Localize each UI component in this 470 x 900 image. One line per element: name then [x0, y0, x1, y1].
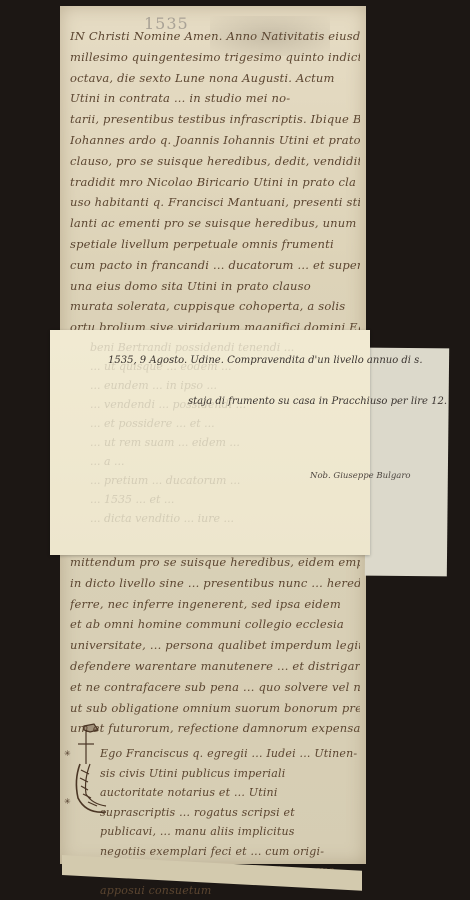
- text-line: spetiale livellum perpetuale omnis frume…: [70, 234, 360, 255]
- text-line: Ego Franciscus q. egregii ... Iudei ... …: [100, 744, 360, 764]
- text-line: uso habitanti q. Francisci Mantuani, pre…: [70, 192, 360, 213]
- text-line: um et futurorum, refectione damnorum exp…: [70, 718, 360, 739]
- text-line: ut sub obligatione omnium suorum bonorum…: [70, 698, 360, 719]
- note-summary-line-2: staja di frumento su casa in Pracchiuso …: [188, 396, 447, 407]
- text-line: et ne contrafacere sub pena ... quo solv…: [70, 677, 360, 698]
- note-summary-line-1: 1535, 9 Agosto. Udine. Compravendita d'u…: [108, 355, 423, 366]
- ghost-line: ... et possidere ... et ...: [90, 414, 370, 433]
- text-line: tradidit mro Nicolao Biricario Utini in …: [70, 172, 360, 193]
- text-line: ferre, nec inferre ingenerent, sed ipsa …: [70, 594, 360, 615]
- text-line: cum pacto in francandi ... ducatorum ...…: [70, 255, 360, 276]
- text-line: universitate, ... persona qualibet imper…: [70, 635, 360, 656]
- text-line: sis civis Utini publicus imperiali: [100, 764, 360, 784]
- text-line: Iohannes ardo q. Joannis Iohannis Utini …: [70, 130, 360, 151]
- paper-note-extension: [365, 348, 449, 577]
- ghost-line: ... dicta venditio ... iure ...: [90, 509, 370, 528]
- note-signature: Nob. Giuseppe Bulgaro: [310, 471, 411, 481]
- ghost-line: ... eundem ... in ipso ...: [90, 376, 370, 395]
- ghost-line: ... a ...: [90, 452, 370, 471]
- text-line: lanti ac ementi pro se suisque heredibus…: [70, 213, 360, 234]
- text-line: suprascriptis ... rogatus scripsi et: [100, 803, 360, 823]
- text-line: publicavi, ... manu aliis implicitus: [100, 822, 360, 842]
- text-line: mittendum pro se suisque heredibus, eide…: [70, 552, 360, 573]
- text-line: in dicto livello sine ... presentibus nu…: [70, 573, 360, 594]
- text-line: una eius domo sita Utini in prato clauso: [70, 276, 360, 297]
- text-line: octava, die sexto Lune nona Augusti. Act…: [70, 68, 360, 89]
- text-line: auctoritate notarius et ... Utini: [100, 783, 360, 803]
- text-line: IN Christi Nomine Amen. Anno Nativitatis…: [70, 26, 360, 47]
- text-line: et ab omni homine communi collegio eccle…: [70, 614, 360, 635]
- ghost-line: ... ut rem suam ... eidem ...: [90, 433, 370, 452]
- main-text-bottom: mittendum pro se suisque heredibus, eide…: [70, 552, 360, 739]
- text-line: Utini in contrata ... in studio mei no-: [70, 88, 360, 109]
- notary-signum-icon: ✳ ✳: [64, 720, 108, 820]
- text-line: murata solerata, cuppisque cohoperta, a …: [70, 296, 360, 317]
- svg-text:✳: ✳: [64, 797, 71, 806]
- bleed-through-text: beni Bertrandi possidendi tenendi ... ..…: [90, 338, 370, 528]
- ghost-line: ... 1535 ... et ...: [90, 490, 370, 509]
- text-line: millesimo quingentesimo trigesimo quinto…: [70, 47, 360, 68]
- text-line: tarii, presentibus testibus infrascripti…: [70, 109, 360, 130]
- text-line: clauso, pro se suisque heredibus, dedit,…: [70, 151, 360, 172]
- svg-text:✳: ✳: [64, 749, 71, 758]
- text-line: defendere warentare manutenere ... et di…: [70, 656, 360, 677]
